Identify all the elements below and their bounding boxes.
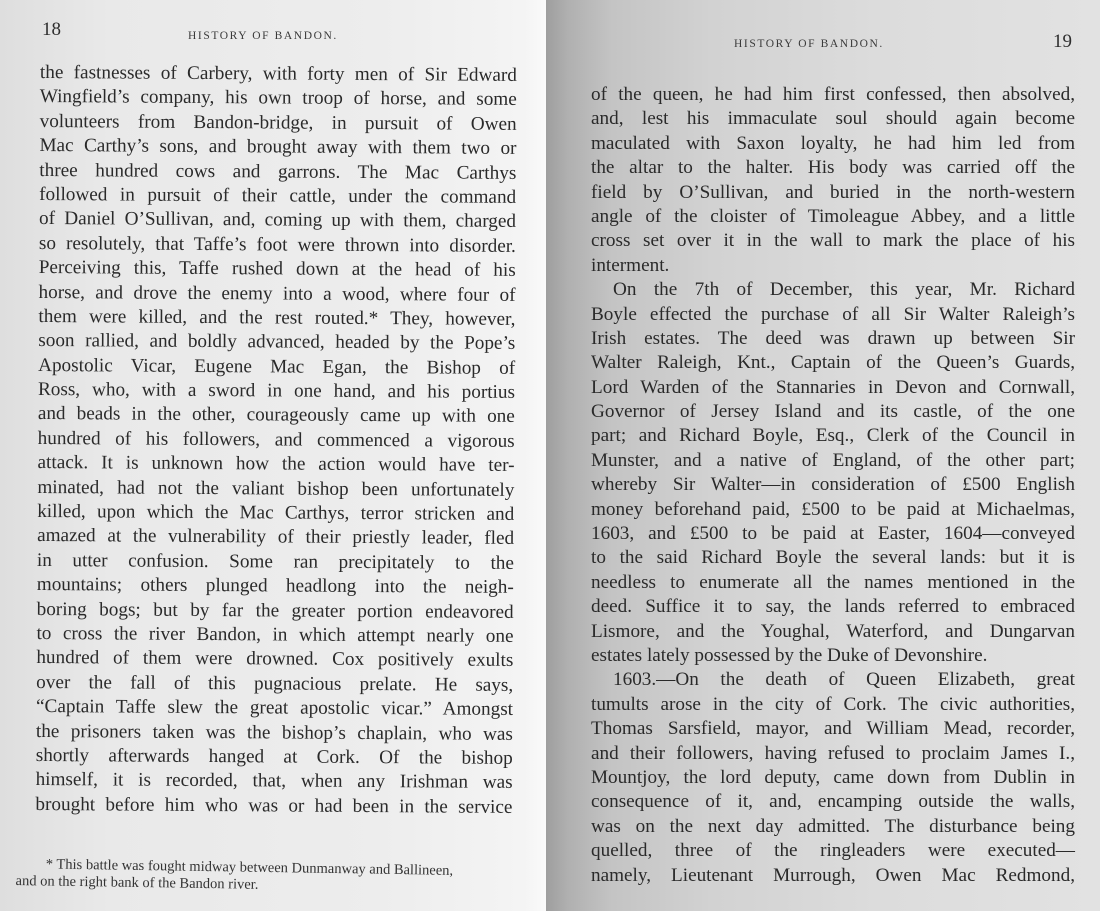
page-number: 18 [42, 19, 61, 41]
running-head: HISTORY OF BANDON. [188, 30, 338, 42]
text-line: hundred of them were drowned. Cox positi… [36, 646, 513, 673]
text-line: of the queen, he had him first confessed… [591, 83, 1075, 107]
footnote: * This battle was fought midway between … [15, 856, 505, 898]
text-line: himself, it is recorded, that, when any … [36, 768, 513, 795]
text-line: minated, had not the valiant bishop been… [37, 476, 514, 503]
text-line: brought before him who was or had been i… [35, 793, 512, 820]
text-line: was on the next day admitted. The distur… [591, 815, 1075, 839]
text-line: Lismore, and the Youghal, Waterford, and… [591, 620, 1075, 644]
text-line: in utter confusion. Some ran precipitate… [37, 549, 514, 576]
text-line: namely, Lieutenant Murrough, Owen Mac Re… [591, 864, 1075, 888]
left-page: 18 HISTORY OF BANDON. the fastnesses of … [0, 0, 546, 911]
text-line: to the said Richard Boyle the several la… [591, 546, 1075, 570]
text-line: Perceiving this, Taffe rushed down at th… [39, 256, 516, 283]
text-line: part; and Richard Boyle, Esq., Clerk of … [591, 424, 1075, 448]
text-line: followed in pursuit of their cattle, und… [39, 183, 516, 210]
text-line: Apostolic Vicar, Eugene Mac Egan, the Bi… [38, 354, 515, 381]
text-line: consequence of it, and, encamping outsid… [591, 790, 1075, 814]
text-line: and their followers, having refused to p… [591, 742, 1075, 766]
text-line: angle of the cloister of Timoleague Abbe… [591, 205, 1075, 229]
text-line: Mac Carthy’s sons, and brought away with… [39, 134, 516, 161]
text-line: “Captain Taffe slew the great apostolic … [36, 695, 513, 722]
text-line: the altar to the halter. His body was ca… [591, 156, 1075, 180]
text-line: Walter Raleigh, Knt., Captain of the Que… [591, 351, 1075, 375]
text-line: needless to enumerate all the names ment… [591, 571, 1075, 595]
text-line: to cross the river Bandon, in which atte… [36, 622, 513, 649]
text-line: whereby Sir Walter—in consideration of £… [591, 473, 1075, 497]
text-line: mountains; others plunged headlong into … [37, 573, 514, 600]
text-line: Wingfield’s company, his own troop of ho… [40, 85, 517, 112]
text-line: maculated with Saxon loyalty, he had him… [591, 132, 1075, 156]
text-line: soon rallied, and boldly advanced, heade… [38, 329, 515, 356]
text-line: Thomas Sarsfield, mayor, and William Mea… [591, 717, 1075, 741]
text-line: Ross, who, with a sword in one hand, and… [38, 378, 515, 405]
text-line: interment. [591, 254, 1075, 278]
text-line: and, lest his immaculate soul should aga… [591, 107, 1075, 131]
page-number: 19 [1053, 31, 1072, 53]
book-spread: 18 HISTORY OF BANDON. the fastnesses of … [0, 0, 1100, 911]
text-line: cross set over it in the wall to mark th… [591, 229, 1075, 253]
text-line: Munster, and a native of England, of the… [591, 449, 1075, 473]
text-line: them were killed, and the rest routed.* … [38, 305, 515, 332]
text-line: money beforehand paid, £500 to be paid a… [591, 498, 1075, 522]
text-line: tumults arose in the city of Cork. The c… [591, 693, 1075, 717]
text-line: shortly afterwards hanged at Cork. Of th… [36, 744, 513, 771]
text-line: over the fall of this pugnacious prelate… [36, 671, 513, 698]
text-line: hundred of his followers, and commenced … [38, 427, 515, 454]
text-line: of Daniel O’Sullivan, and, coming up wit… [39, 207, 516, 234]
body-text: the fastnesses of Carbery, with forty me… [35, 61, 517, 820]
text-line: 1603.—On the death of Queen Elizabeth, g… [591, 668, 1075, 692]
text-line: three hundred cows and garrons. The Mac … [39, 159, 516, 186]
text-line: estates lately possessed by the Duke of … [591, 644, 1075, 668]
text-line: Lord Warden of the Stannaries in Devon a… [591, 376, 1075, 400]
text-line: horse, and drove the enemy into a wood, … [39, 281, 516, 308]
body-text: of the queen, he had him first confessed… [591, 83, 1075, 888]
text-line: Boyle effected the purchase of all Sir W… [591, 303, 1075, 327]
text-line: the prisoners taken was the bishop’s cha… [36, 720, 513, 747]
running-head: HISTORY OF BANDON. [734, 38, 884, 50]
right-page: HISTORY OF BANDON. 19 of the queen, he h… [546, 0, 1100, 911]
text-line: quelled, three of the ringleaders were e… [591, 839, 1075, 863]
text-line: killed, upon which the Mac Carthys, terr… [37, 500, 514, 527]
text-line: deed. Suffice it to say, the lands refer… [591, 595, 1075, 619]
text-line: On the 7th of December, this year, Mr. R… [591, 278, 1075, 302]
text-line: the fastnesses of Carbery, with forty me… [40, 61, 517, 88]
text-line: Irish estates. The deed was drawn up bet… [591, 327, 1075, 351]
text-line: so resolutely, that Taffe’s foot were th… [39, 232, 516, 259]
text-line: field by O’Sullivan, and buried in the n… [591, 181, 1075, 205]
text-line: and beads in the other, courageously cam… [38, 402, 515, 429]
text-line: Governor of Jersey Island and its castle… [591, 400, 1075, 424]
text-line: boring bogs; but by far the greater port… [37, 598, 514, 625]
text-line: Mountjoy, the lord deputy, came down fro… [591, 766, 1075, 790]
text-line: amazed at the vulnerability of their pri… [37, 524, 514, 551]
text-line: volunteers from Bandon-bridge, in pursui… [40, 110, 517, 137]
text-line: attack. It is unknown how the action wou… [37, 451, 514, 478]
text-line: 1603, and £500 to be paid at Easter, 160… [591, 522, 1075, 546]
